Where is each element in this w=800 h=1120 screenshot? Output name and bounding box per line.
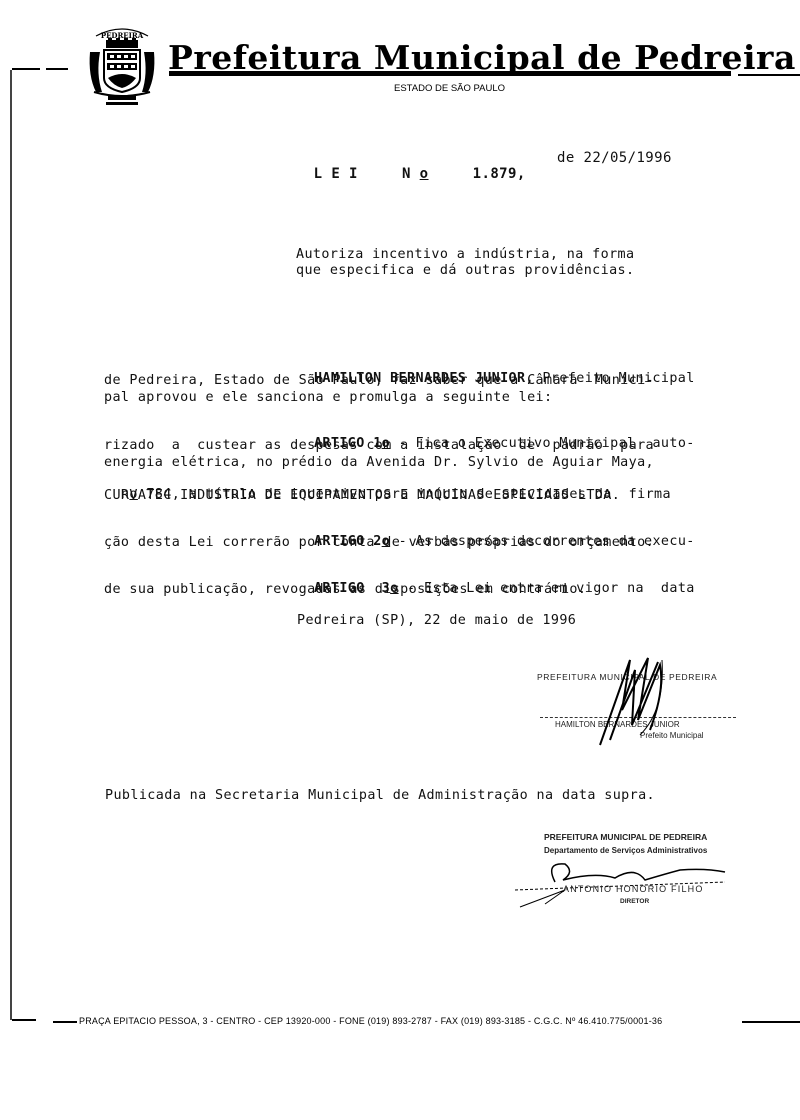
frame-top-left-line-2	[46, 68, 68, 70]
article-2-line-2: ção desta Lei correrão por conta de verb…	[104, 535, 654, 550]
law-date: de 22/05/1996	[557, 150, 672, 166]
frame-left-vertical	[10, 70, 12, 1020]
article-1-line-3: energia elétrica, no prédio da Avenida D…	[104, 455, 654, 470]
admin-stamp-name: ANTONIO HONORIO FILHO	[563, 884, 704, 894]
frame-bottom-left-line	[12, 1019, 36, 1021]
law-heading: L E I N o 1.879,	[296, 150, 526, 182]
admin-stamp-line-1: PREFEITURA MUNICIPAL DE PEDREIRA	[544, 832, 707, 842]
preamble-line-2: de Pedreira, Estado de São Paulo, faz sa…	[104, 373, 654, 388]
law-number: 1.879,	[473, 166, 526, 182]
mayor-signature-icon	[580, 650, 700, 750]
frame-top-left-line	[12, 68, 40, 70]
header-rule	[169, 71, 731, 76]
number-label: N	[402, 166, 411, 182]
preamble-line-3: pal aprovou e ele sanciona e promulga a …	[104, 390, 552, 405]
svg-text:PEDREIRA: PEDREIRA	[101, 31, 144, 40]
number-ordinal: o	[420, 166, 429, 182]
header-rule-extension	[738, 74, 800, 76]
footer-rule-left	[53, 1021, 77, 1023]
article-3-line-2: de sua publicação, revogadas as disposiç…	[104, 582, 586, 597]
footer-rule-right	[742, 1021, 800, 1023]
coat-of-arms: PEDREIRA	[86, 26, 158, 108]
summary-line-2: que especifica e dá outras providências.	[296, 263, 634, 278]
article-1-line-5: CURVATEC INDUSTRIA DE EQUIPAMENTOS E MAQ…	[104, 488, 620, 503]
lei-label: L E I	[314, 166, 358, 182]
publication-note: Publicada na Secretaria Municipal de Adm…	[105, 788, 655, 803]
footer-address: PRAÇA EPITACIO PESSOA, 3 - CENTRO - CEP …	[79, 1016, 662, 1026]
article-1-line-2: rizado a custear as despesas com a insta…	[104, 438, 654, 453]
place-date: Pedreira (SP), 22 de maio de 1996	[297, 613, 576, 628]
admin-stamp-role: DIRETOR	[620, 898, 649, 905]
summary-line-1: Autoriza incentivo a indústria, na forma	[296, 247, 634, 262]
state-subtitle: ESTADO DE SÃO PAULO	[394, 83, 505, 94]
municipal-coat-of-arms-icon: PEDREIRA	[86, 26, 158, 108]
